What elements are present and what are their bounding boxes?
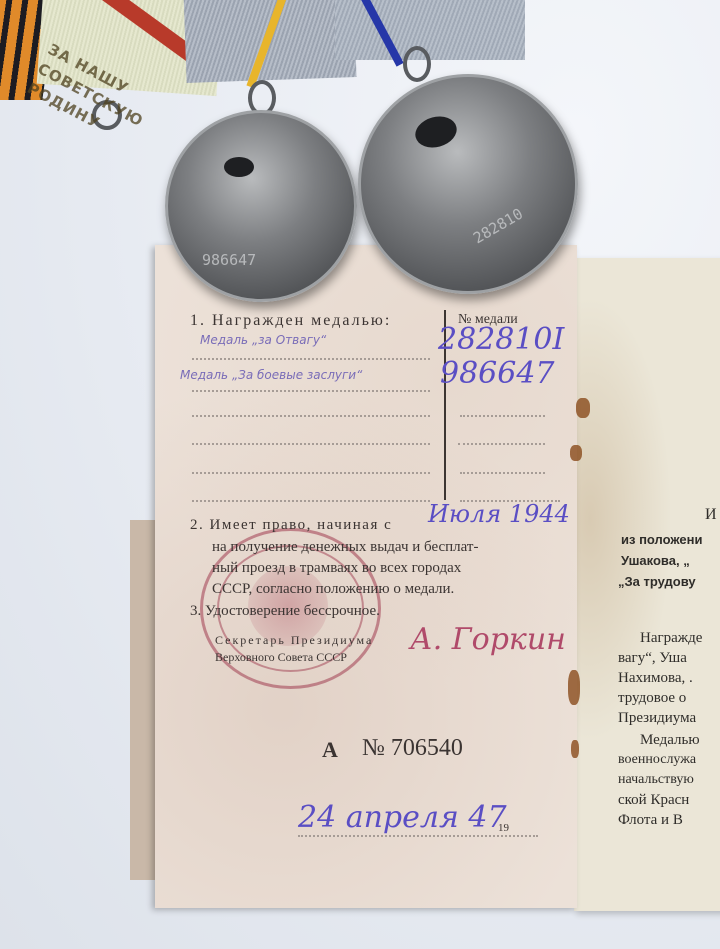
combat-merit-ribbon bbox=[183, 0, 356, 83]
secretary-title: Верховного Совета СССР bbox=[215, 650, 347, 665]
right-bold-line: Ушакова, „ bbox=[621, 553, 690, 568]
right-body-line: военнослужа bbox=[618, 750, 696, 770]
item2-line: СССР, согласно положению о медали. bbox=[212, 581, 454, 598]
right-body-line: Флота и В bbox=[618, 810, 683, 830]
right-body-line: Президиума bbox=[618, 708, 696, 728]
silver-medal-courage: 282810 bbox=[358, 74, 578, 294]
award-number: 986647 bbox=[440, 356, 555, 391]
item2-line: на получение денежных выдач и бесплат- bbox=[212, 539, 478, 556]
medal-serial: 986647 bbox=[202, 251, 256, 269]
booklet-cover-edge bbox=[130, 520, 158, 880]
right-body-line: трудовое о bbox=[618, 688, 686, 708]
item2-line: 2. Имеет право, начиная с bbox=[190, 517, 392, 534]
issue-date: 24 апреля 47 bbox=[298, 800, 507, 835]
right-body-line: начальствую bbox=[618, 770, 694, 790]
item2-line: ный проезд в трамваях во всех городах bbox=[212, 560, 461, 577]
suspension-ring bbox=[403, 46, 431, 82]
award-number: 282810I bbox=[438, 322, 564, 357]
right-body-line: Нахимова, . bbox=[618, 668, 693, 688]
secretary-title: Секретарь Президиума bbox=[215, 633, 373, 648]
item1-label: 1. Награжден медалью: bbox=[190, 312, 391, 330]
right-bold-line: из положени bbox=[621, 532, 703, 547]
year-prefix: 19 bbox=[498, 822, 509, 834]
entitlement-date: Июля 1944 bbox=[428, 500, 570, 528]
signature: А. Горкин bbox=[410, 622, 566, 657]
certificate-number: № 706540 bbox=[362, 735, 463, 762]
award-name: Медаль „за Отвагу“ bbox=[200, 333, 326, 347]
right-body-line: Медалью bbox=[640, 730, 700, 750]
right-body-line: вагу“, Уша bbox=[618, 648, 687, 668]
award-name: Медаль „За боевые заслуги“ bbox=[180, 368, 362, 382]
right-body-line: Награжде bbox=[640, 628, 702, 648]
silver-medal-combat-merit: 986647 bbox=[165, 110, 357, 302]
right-bold-line: „За трудову bbox=[618, 574, 696, 589]
right-body-line: ской Красн bbox=[618, 790, 689, 810]
series-letter: А bbox=[322, 737, 338, 763]
item3: 3. Удостоверение бессрочное. bbox=[190, 603, 380, 620]
right-heading: И bbox=[705, 505, 717, 525]
medal-serial: 282810 bbox=[470, 205, 526, 248]
courage-medal-ribbon bbox=[335, 0, 525, 60]
